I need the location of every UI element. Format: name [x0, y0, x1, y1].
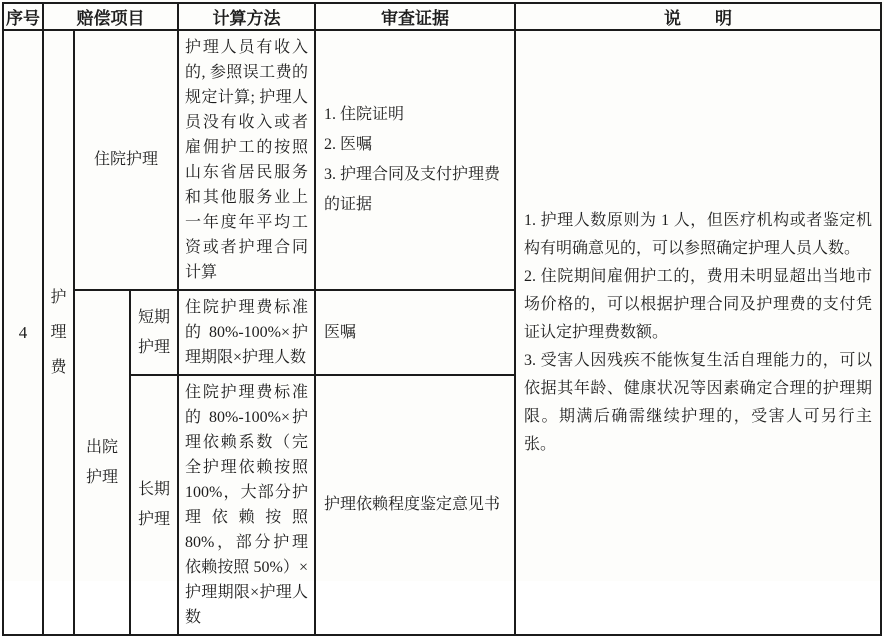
category-cell-nursing-fee: 护 理 费: [43, 30, 74, 635]
note-cell: 1. 护理人数原则为 1 人，但医疗机构或者鉴定机构有明确意见的，可以参照确定护…: [515, 30, 881, 635]
compensation-table: 序号 赔偿项目 计算方法 审查证据 说 明 4 护 理 费 住院护理 护理人员有…: [2, 2, 882, 636]
scanned-document-page: 序号 赔偿项目 计算方法 审查证据 说 明 4 护 理 费 住院护理 护理人员有…: [0, 0, 884, 581]
item-cell-shortterm-care: 短期 护理: [130, 290, 178, 375]
col-header-seq: 序号: [3, 3, 43, 30]
item-cell-inpatient-care: 住院护理: [74, 30, 178, 290]
header-row: 序号 赔偿项目 计算方法 审查证据 说 明: [3, 3, 881, 30]
method-cell-inpatient: 护理人员有收入的, 参照误工费的规定计算; 护理人员没有收入或者雇佣护工的按照山…: [178, 30, 315, 290]
evidence-cell-shortterm: 医嘱: [315, 290, 515, 375]
method-cell-longterm: 住院护理费标准的 80%-100%×护理依赖系数（完全护理依赖按照100%，大部…: [178, 375, 315, 635]
col-header-note: 说 明: [515, 3, 881, 30]
col-header-item: 赔偿项目: [43, 3, 178, 30]
method-cell-shortterm: 住院护理费标准的 80%-100%×护理期限×护理人数: [178, 290, 315, 375]
item-group-cell-discharge-care: 出院 护理: [74, 290, 130, 635]
evidence-cell-longterm: 护理依赖程度鉴定意见书: [315, 375, 515, 635]
col-header-method: 计算方法: [178, 3, 315, 30]
col-header-evidence: 审查证据: [315, 3, 515, 30]
table-row-inpatient-care: 4 护 理 费 住院护理 护理人员有收入的, 参照误工费的规定计算; 护理人员没…: [3, 30, 881, 290]
sequence-number-cell: 4: [3, 30, 43, 635]
item-cell-longterm-care: 长期 护理: [130, 375, 178, 635]
evidence-cell-inpatient: 1. 住院证明 2. 医嘱 3. 护理合同及支付护理费的证据: [315, 30, 515, 290]
